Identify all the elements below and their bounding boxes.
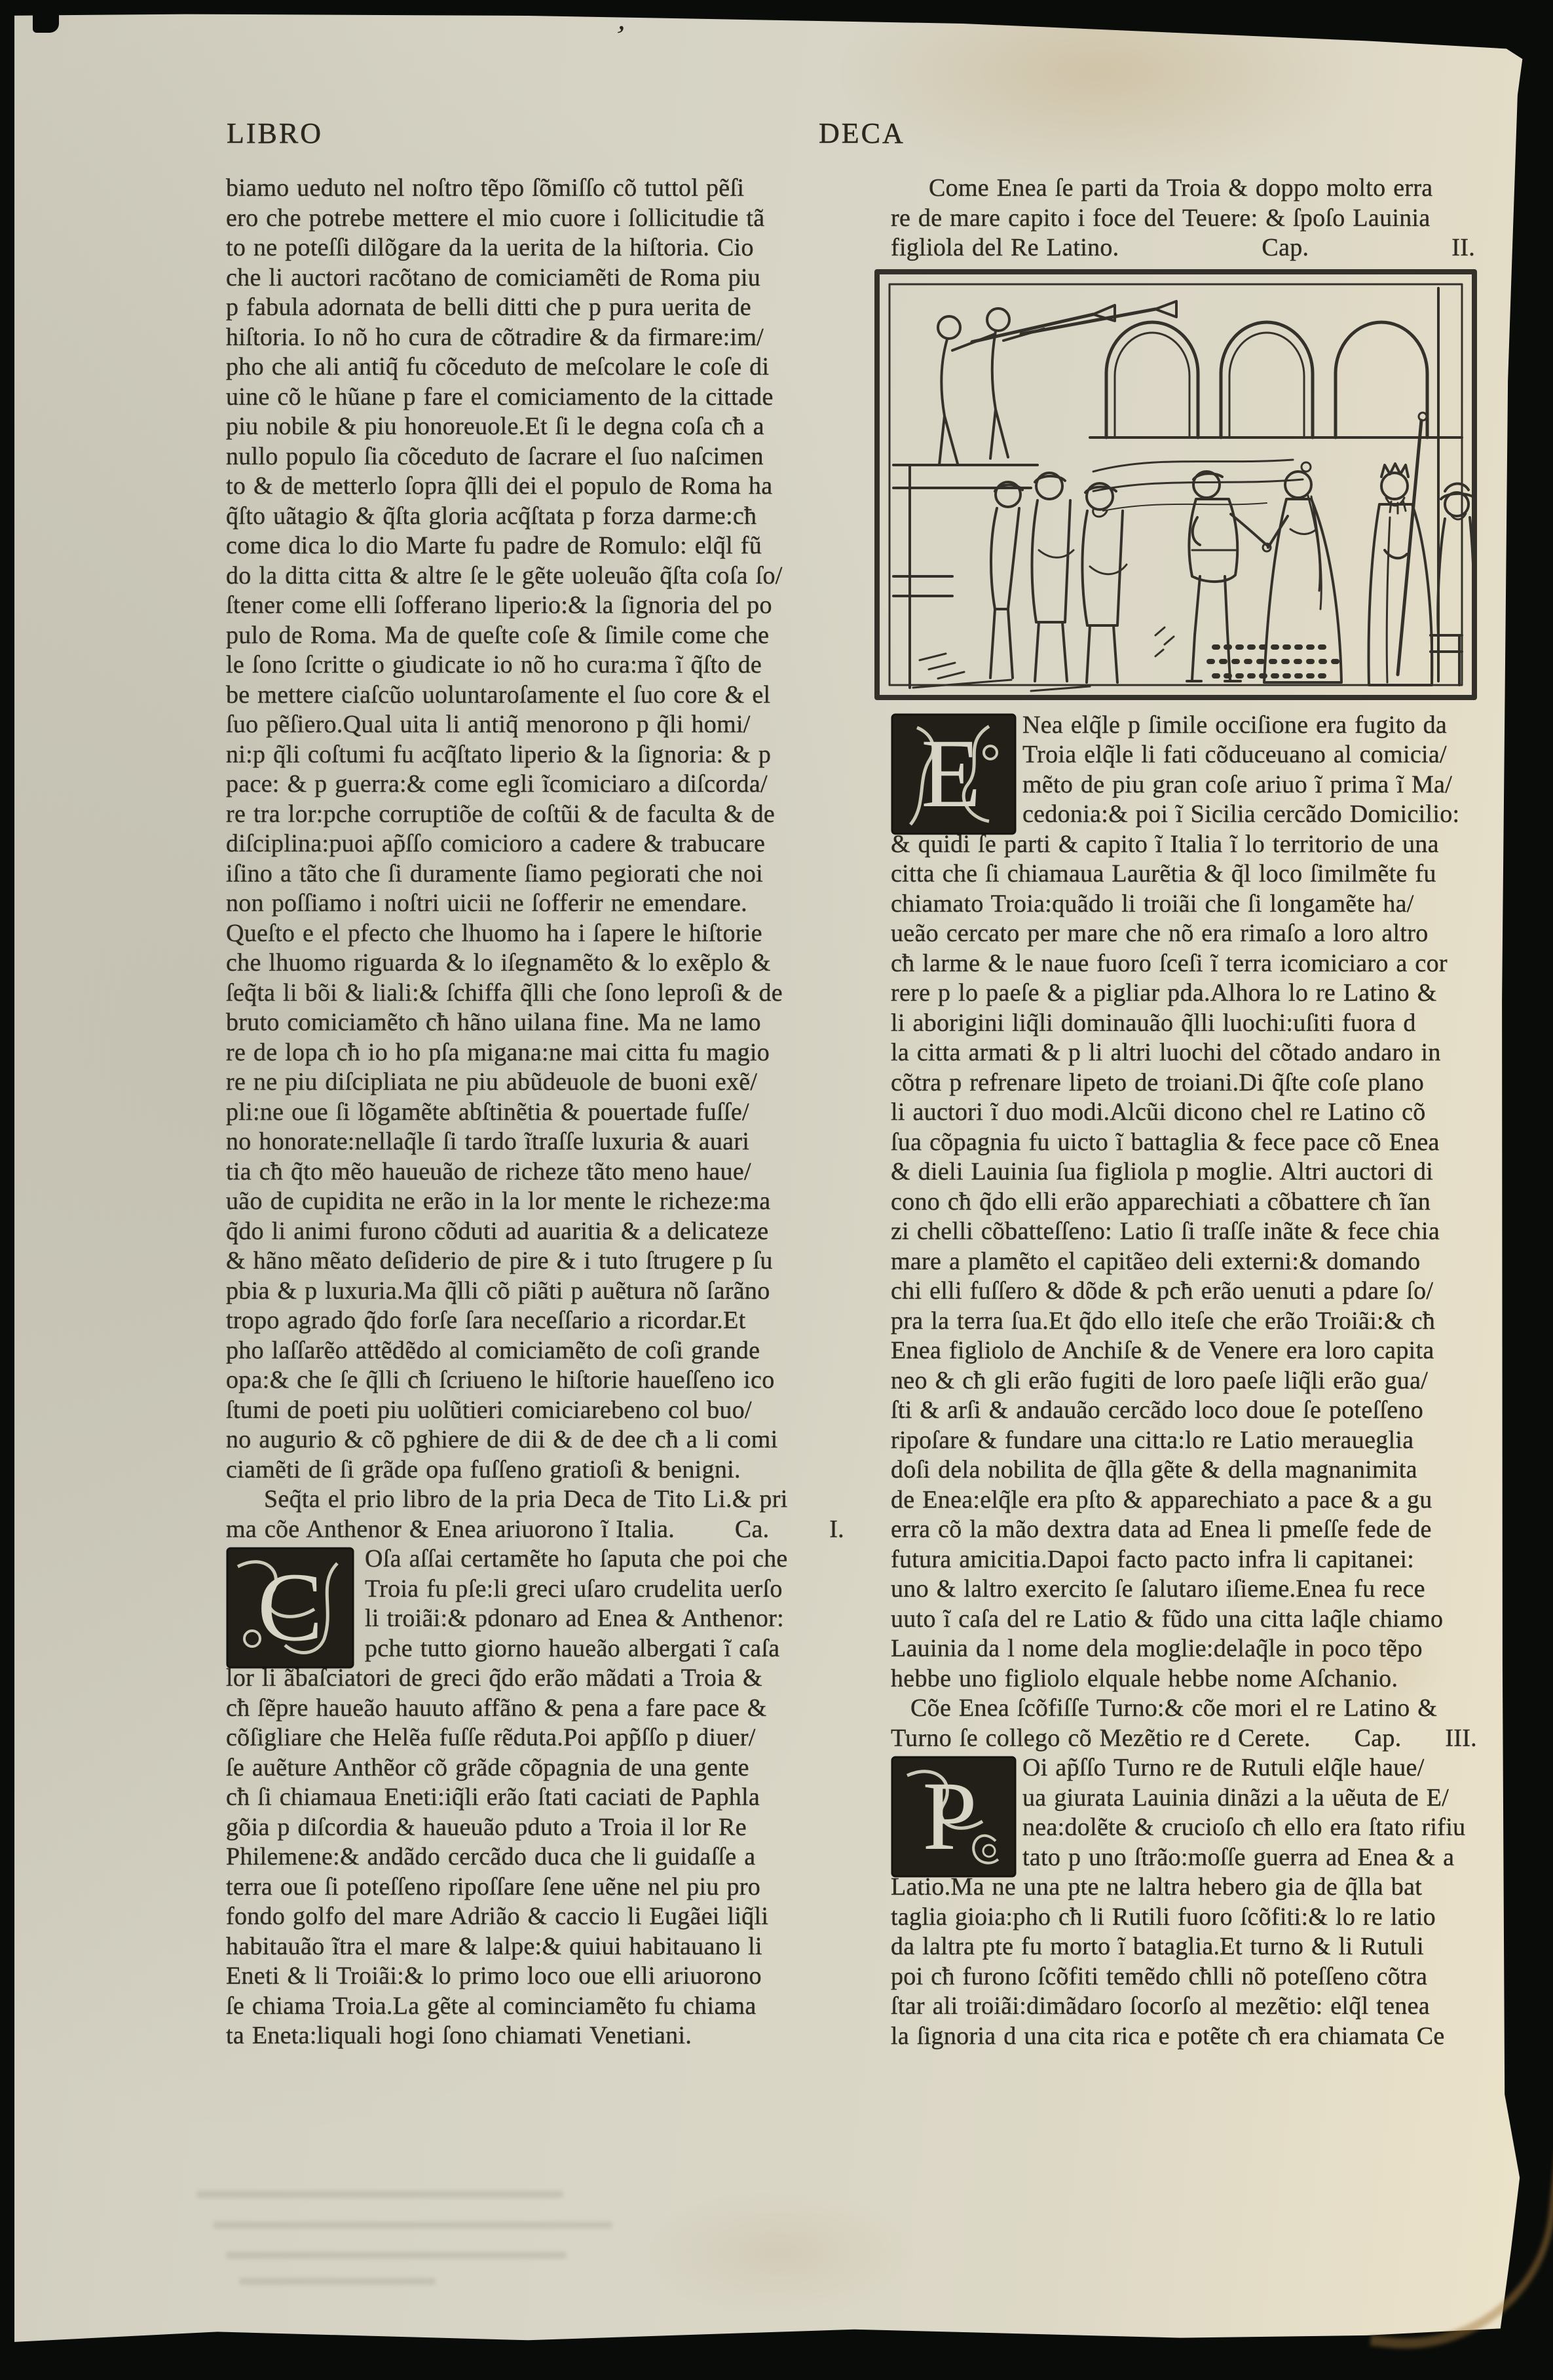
svg-text:E: E <box>921 719 981 828</box>
show-through-line <box>196 2191 563 2198</box>
text-line: come dica lo dio Marte fu padre de Romul… <box>226 531 850 561</box>
show-through-line <box>226 2252 567 2259</box>
text-line: fondo golfo del mare Adrião & caccio li … <box>226 1902 850 1932</box>
left-paragraph-1: biamo ueduto nel noſtro tẽpo ſõmiſſo cõ … <box>226 174 850 1485</box>
text-line: non poſſiamo i noſtri uicii ne ſofferir … <box>226 889 850 919</box>
text-line: biamo ueduto nel noſtro tẽpo ſõmiſſo cõ … <box>226 174 850 204</box>
text-line: li aborigini liq̃li dominauão q̃lli luoc… <box>891 1009 1513 1039</box>
text-line: tropo agrado q̃do forſe ſara neceſſario … <box>226 1306 850 1336</box>
text-line: tia cħ q̃to mẽo haueuão de richeze tãto … <box>226 1157 850 1187</box>
text-line: Troia elq̃le li fati cõduceuano al comic… <box>1022 740 1513 770</box>
text-line: chi elli fuſſero & dõde & pcħ erão uenut… <box>891 1276 1513 1307</box>
text-line: Troia fu pſe:li greci uſaro crudelita ue… <box>365 1574 850 1605</box>
text-line: rere p lo paeſe & a pigliar pda.Alhora l… <box>891 978 1513 1009</box>
decorated-initial-P: P <box>891 1756 1017 1878</box>
text-line: nullo populo ſia cõceduto de ſacrare el … <box>226 442 850 472</box>
chapter-heading-line: figliola del Re Latino. Cap. II. <box>891 233 1513 263</box>
text-line: ueão cercato per mare che nõ era rimaſo … <box>891 919 1513 949</box>
text-line: pli:ne oue ſi lõgamẽte abſtinẽtia & poue… <box>226 1098 850 1128</box>
text-line: cħ ſẽpre haueão hauuto affãno & pena a f… <box>226 1694 850 1724</box>
text-line: Oſa aſſai certamẽte ho ſaputa che poi ch… <box>365 1544 850 1574</box>
text-line: neo & cħ gli erão fugiti de loro paeſe l… <box>891 1366 1513 1396</box>
text-line: zi chelli cõbatteſſeno: Latio ſi traſſe … <box>891 1217 1513 1247</box>
text-line: che li auctori racõtano de comiciamẽti d… <box>226 263 850 293</box>
text-line: ero che potrebe mettere el mio cuore i ſ… <box>226 204 850 234</box>
right-paragraph-3: P Oi ap̃ſſo Turno re de Rutuli elq̃le ha… <box>891 1753 1513 2051</box>
chapter-2-heading: Come Enea ſe parti da Troia & doppo molt… <box>891 174 1513 263</box>
decorated-initial-C: C <box>226 1547 354 1669</box>
text-line: ſeq̃ta li bõi & liali:& ſchiffa q̃lli ch… <box>226 978 850 1009</box>
text-line: uuto ĩ caſa del re Latio & fũdo una citt… <box>891 1605 1513 1635</box>
text-line: Queſto e el pfecto che lhuomo ha i ſaper… <box>226 919 850 949</box>
text-line: citta che ſi chiamaua Laurẽtia & q̃l loc… <box>891 859 1513 889</box>
text-line: che lhuomo riguarda & lo iſegnamẽto & lo… <box>226 948 850 978</box>
woodcut-betrothal-scene <box>874 269 1478 701</box>
paragraph-continuation: & quidi ſe parti & capito ĩ Italia ĩ lo … <box>891 830 1513 1694</box>
text-line: ſua cõpagnia fu uicto ĩ battaglia & fece… <box>891 1128 1513 1158</box>
chapter-heading-text: figliola del Re Latino. <box>891 233 1119 263</box>
text-line: li troiãi:& pdonaro ad Enea & Anthenor: <box>365 1604 850 1634</box>
text-line: la citta armati & p li altri luochi del … <box>891 1038 1513 1068</box>
text-line: li auctori ĩ duo modi.Alcũi dicono chel … <box>891 1098 1513 1128</box>
text-line: da laltra pte fu morto ĩ bataglia.Et tur… <box>891 1932 1513 1962</box>
svg-text:C: C <box>257 1553 323 1662</box>
text-line: ta Eneta:liquali hogi ſono chiamati Vene… <box>226 2021 850 2051</box>
text-line: piu nobile & piu honoreuole.Et ſi le deg… <box>226 412 850 442</box>
text-line: terra oue ſi poteſſeno ripoſſare ſene uẽ… <box>226 1872 850 1903</box>
chapter-number: I. <box>829 1515 844 1545</box>
text-line: poi cħ furono ſcõfiti temẽdo cħlli nõ po… <box>891 1962 1513 1992</box>
text-line: mẽto de piu gran coſe ariuo ĩ prima ĩ Ma… <box>1022 770 1513 800</box>
paragraph-continuation: lor li ãbaſciatori de greci q̃do erão mã… <box>226 1664 850 2051</box>
running-header-left: LIBRO <box>227 117 323 150</box>
chapter-heading-line: Come Enea ſe parti da Troia & doppo molt… <box>891 174 1513 204</box>
woodcut-illustration <box>891 263 1513 711</box>
scan-edge-notch <box>33 10 59 33</box>
text-line: uine cõ le hũane p fare el comiciamento … <box>226 382 850 413</box>
text-line: cħ larme & le naue fuoro ſceſi ĩ terra i… <box>891 949 1513 979</box>
text-line: iſino a tãto che ſi duramente ſiamo pegi… <box>226 859 850 889</box>
text-line: hiſtoria. Io nõ ho cura de cõtradire & d… <box>226 323 850 353</box>
text-line: pulo de Roma. Ma de queſte coſe & ſimile… <box>226 621 850 651</box>
scan-edge-left <box>0 0 14 2380</box>
text-line: erra cõ la mão dextra data ad Enea li pm… <box>891 1515 1513 1545</box>
text-line: q̃do li animi furono cõduti ad auaritia … <box>226 1217 850 1247</box>
text-line: de Enea:elq̃le era pſto & apparechiato a… <box>891 1485 1513 1515</box>
text-line: doſi dela nobilita de q̃lla gẽte & della… <box>891 1455 1513 1485</box>
chapter-heading-line: Cõe Enea ſcõfiſſe Turno:& cõe mori el re… <box>891 1694 1513 1724</box>
text-line: re tra lor:pche corruptiõe de coſtũi & d… <box>226 800 850 830</box>
text-line: uno & laltro exercito ſe ſalutaro iſieme… <box>891 1574 1513 1605</box>
text-line: pra la terra ſua.Et q̃do ello iteſe che … <box>891 1307 1513 1337</box>
book-page-scan: LIBRO DECA ’ biamo ueduto nel noſtro tẽp… <box>0 0 1553 2380</box>
right-paragraph-2: E Nea elq̃le p ſimile occiſione era fugi… <box>891 711 1513 1694</box>
text-line: ni:p q̃li coſtumi fu acq̃ſtato liperio &… <box>226 740 850 770</box>
chapter-heading-line: ma cõe Anthenor & Enea ariuorono ĩ Itali… <box>226 1515 850 1545</box>
text-line: futura amicitia.Dapoi facto pacto infra … <box>891 1545 1513 1575</box>
text-line: uão de cupidita ne erão in la lor mente … <box>226 1187 850 1217</box>
text-line: Philemene:& andãdo cercãdo duca che li g… <box>226 1842 850 1872</box>
text-line: cõſigliare che Helẽa fuſſe rẽduta.Poi ap… <box>226 1723 850 1753</box>
text-line: pche tutto giorno haueão albergati ĩ caſ… <box>365 1634 850 1664</box>
text-line: Nea elq̃le p ſimile occiſione era fugito… <box>1022 711 1513 741</box>
chapter-3-heading: Cõe Enea ſcõfiſſe Turno:& cõe mori el re… <box>891 1694 1513 1753</box>
text-line: ſti & arſi & andauão cercãdo loco doue ſ… <box>891 1396 1513 1426</box>
text-line: cedonia:& poi ĩ Sicilia cercãdo Domicili… <box>1022 800 1513 830</box>
text-line: pho che ali antiq̃ fu cõceduto de meſcol… <box>226 352 850 382</box>
text-line: no honorate:nellaq̃le ſi tardo ĩtraſſe l… <box>226 1127 850 1157</box>
text-line: q̃ſto uãtagio & q̃ſta gloria acq̃ſtata p… <box>226 502 850 532</box>
text-line: to ne poteſſi dilõgare da la uerita de l… <box>226 233 850 263</box>
text-line: Lauinia da l nome dela moglie:delaq̃le i… <box>891 1634 1513 1664</box>
text-line: & hãno mẽato deſiderio de pire & i tuto … <box>226 1246 850 1276</box>
show-through-line <box>213 2222 612 2229</box>
text-line: be mettere ciaſcũo uoluntaroſamente el ſ… <box>226 680 850 711</box>
text-line: gõia p diſcordia & haueuão pduto a Troia… <box>226 1813 850 1843</box>
chapter-label: Ca. <box>735 1515 770 1545</box>
text-line: bruto comiciamẽto cħ hãno uilana fine. M… <box>226 1008 850 1038</box>
text-line: mare a plamẽto el capitãeo deli externi:… <box>891 1247 1513 1277</box>
text-line: ſtumi de poeti piu uolũtieri comiciarebe… <box>226 1396 850 1426</box>
text-line: cħ ſi chiamaua Eneti:iq̃li erão ſtati ca… <box>226 1783 850 1813</box>
text-line: p fabula adornata de belli ditti che p p… <box>226 293 850 323</box>
chapter-heading-line: Seq̃ta el prio libro de la pria Deca de … <box>226 1485 850 1515</box>
text-line: cõtra p refrenare lipeto de troiani.Di q… <box>891 1068 1513 1098</box>
initial-indent-lines: Nea elq̃le p ſimile occiſione era fugito… <box>1022 711 1513 830</box>
initial-indent-lines: Oi ap̃ſſo Turno re de Rutuli elq̃le haue… <box>1022 1753 1513 1872</box>
text-line: pace: & p guerra:& come egli ĩcomiciaro … <box>226 770 850 800</box>
text-line: re ne piu diſcipliata ne piu abũdeuole d… <box>226 1068 850 1098</box>
text-line: ua giurata Lauinia dinãzi a la uẽuta de … <box>1022 1783 1513 1813</box>
text-line: pbia & p luxuria.Ma q̃lli cõ piãti p auẽ… <box>226 1276 850 1307</box>
text-line: Enea figliolo de Anchiſe & de Venere era… <box>891 1336 1513 1366</box>
text-line: opa:& che ſe q̃lli cħ ſcriueno le hiſtor… <box>226 1366 850 1396</box>
chapter-number: II. <box>1451 233 1475 263</box>
text-line: ſtener come elli ſofferano liperio:& la … <box>226 591 850 621</box>
chapter-heading-text: ma cõe Anthenor & Enea ariuorono ĩ Itali… <box>226 1515 675 1545</box>
text-line: hebbe uno figliolo elquale hebbe nome Aſ… <box>891 1664 1513 1694</box>
initial-indent-lines: Oſa aſſai certamẽte ho ſaputa che poi ch… <box>365 1544 850 1664</box>
text-line: Oi ap̃ſſo Turno re de Rutuli elq̃le haue… <box>1022 1753 1513 1783</box>
decorated-initial-E: E <box>891 713 1017 835</box>
paragraph-continuation: Latio.Ma ne una pte ne laltra hebero gia… <box>891 1872 1513 2051</box>
running-header-right: DECA <box>819 117 905 150</box>
text-line: Eneti & li Troiãi:& lo primo loco oue el… <box>226 1962 850 1992</box>
left-paragraph-2: C Oſa aſſai certamẽte ho ſaputa che poi … <box>226 1544 850 2051</box>
text-line: cono cħ q̃do elli erão apparechiati a cõ… <box>891 1187 1513 1218</box>
text-line: tato p uno ſtrão:moſſe guerra ad Enea & … <box>1022 1843 1513 1873</box>
chapter-heading-line: Turno ſe collego cõ Mezẽtio re d Cerete.… <box>891 1724 1513 1754</box>
text-line: chiamato Troia:quãdo li troiãi che ſi lo… <box>891 889 1513 920</box>
text-line: habitauão ĩtra el mare & lalpe:& quiui h… <box>226 1932 850 1962</box>
text-line: taglia gioia:pho cħ li Rutili fuoro ſcõf… <box>891 1903 1513 1933</box>
text-line: to & de metterlo ſopra q̃lli dei el popu… <box>226 472 850 502</box>
text-line: ſe auẽture Anthẽor cõ grãde cõpagnia de … <box>226 1753 850 1783</box>
show-through-line <box>239 2278 436 2285</box>
text-line: ſtar ali troiãi:dimãdaro ſocorſo al mezẽ… <box>891 1992 1513 2022</box>
chapter-label: Cap. <box>1355 1724 1402 1754</box>
text-line: diſciplina:puoi ap̃ſſo comicioro a cader… <box>226 829 850 859</box>
text-line: pho laſſarẽo attẽdẽdo al comiciamẽto de … <box>226 1336 850 1366</box>
chapter-number: III. <box>1445 1724 1477 1754</box>
chapter-label: Cap. <box>1262 233 1309 263</box>
text-line: ſuo pẽſiero.Qual uita li antiq̃ menorono… <box>226 710 850 740</box>
left-text-column: biamo ueduto nel noſtro tẽpo ſõmiſſo cõ … <box>226 174 850 2051</box>
svg-text:P: P <box>922 1762 977 1870</box>
text-line: la ſignoria d una cita rica e potẽte cħ … <box>891 2022 1513 2052</box>
text-line: ripoſare & fundare una citta:lo re Latio… <box>891 1426 1513 1456</box>
chapter-1-heading: Seq̃ta el prio libro de la pria Deca de … <box>226 1485 850 1544</box>
text-line: le ſono ſcritte o giudicate io nõ ho cur… <box>226 650 850 680</box>
text-line: ſe chiama Troia.La gẽte al cominciamẽto … <box>226 1992 850 2022</box>
text-line: no augurio & cõ pghiere de dii & de dee … <box>226 1425 850 1455</box>
chapter-heading-text: Turno ſe collego cõ Mezẽtio re d Cerete. <box>891 1724 1311 1754</box>
text-line: & dieli Lauinia ſua figliola p moglie. A… <box>891 1157 1513 1187</box>
right-text-column: Come Enea ſe parti da Troia & doppo molt… <box>891 174 1513 2051</box>
chapter-heading-line: re de mare capito i foce del Teuere: & ſ… <box>891 204 1513 234</box>
text-line: re de lopa cħ io ho pſa migana:ne mai ci… <box>226 1038 850 1068</box>
text-line: nea:dolẽte & crucioſo cħ ello era ſtato … <box>1022 1813 1513 1843</box>
text-line: do la ditta citta & altre ſe le gẽte uol… <box>226 561 850 591</box>
text-line: ciamẽti de ſi grãde opa fuſſeno gratioſi… <box>226 1455 850 1485</box>
